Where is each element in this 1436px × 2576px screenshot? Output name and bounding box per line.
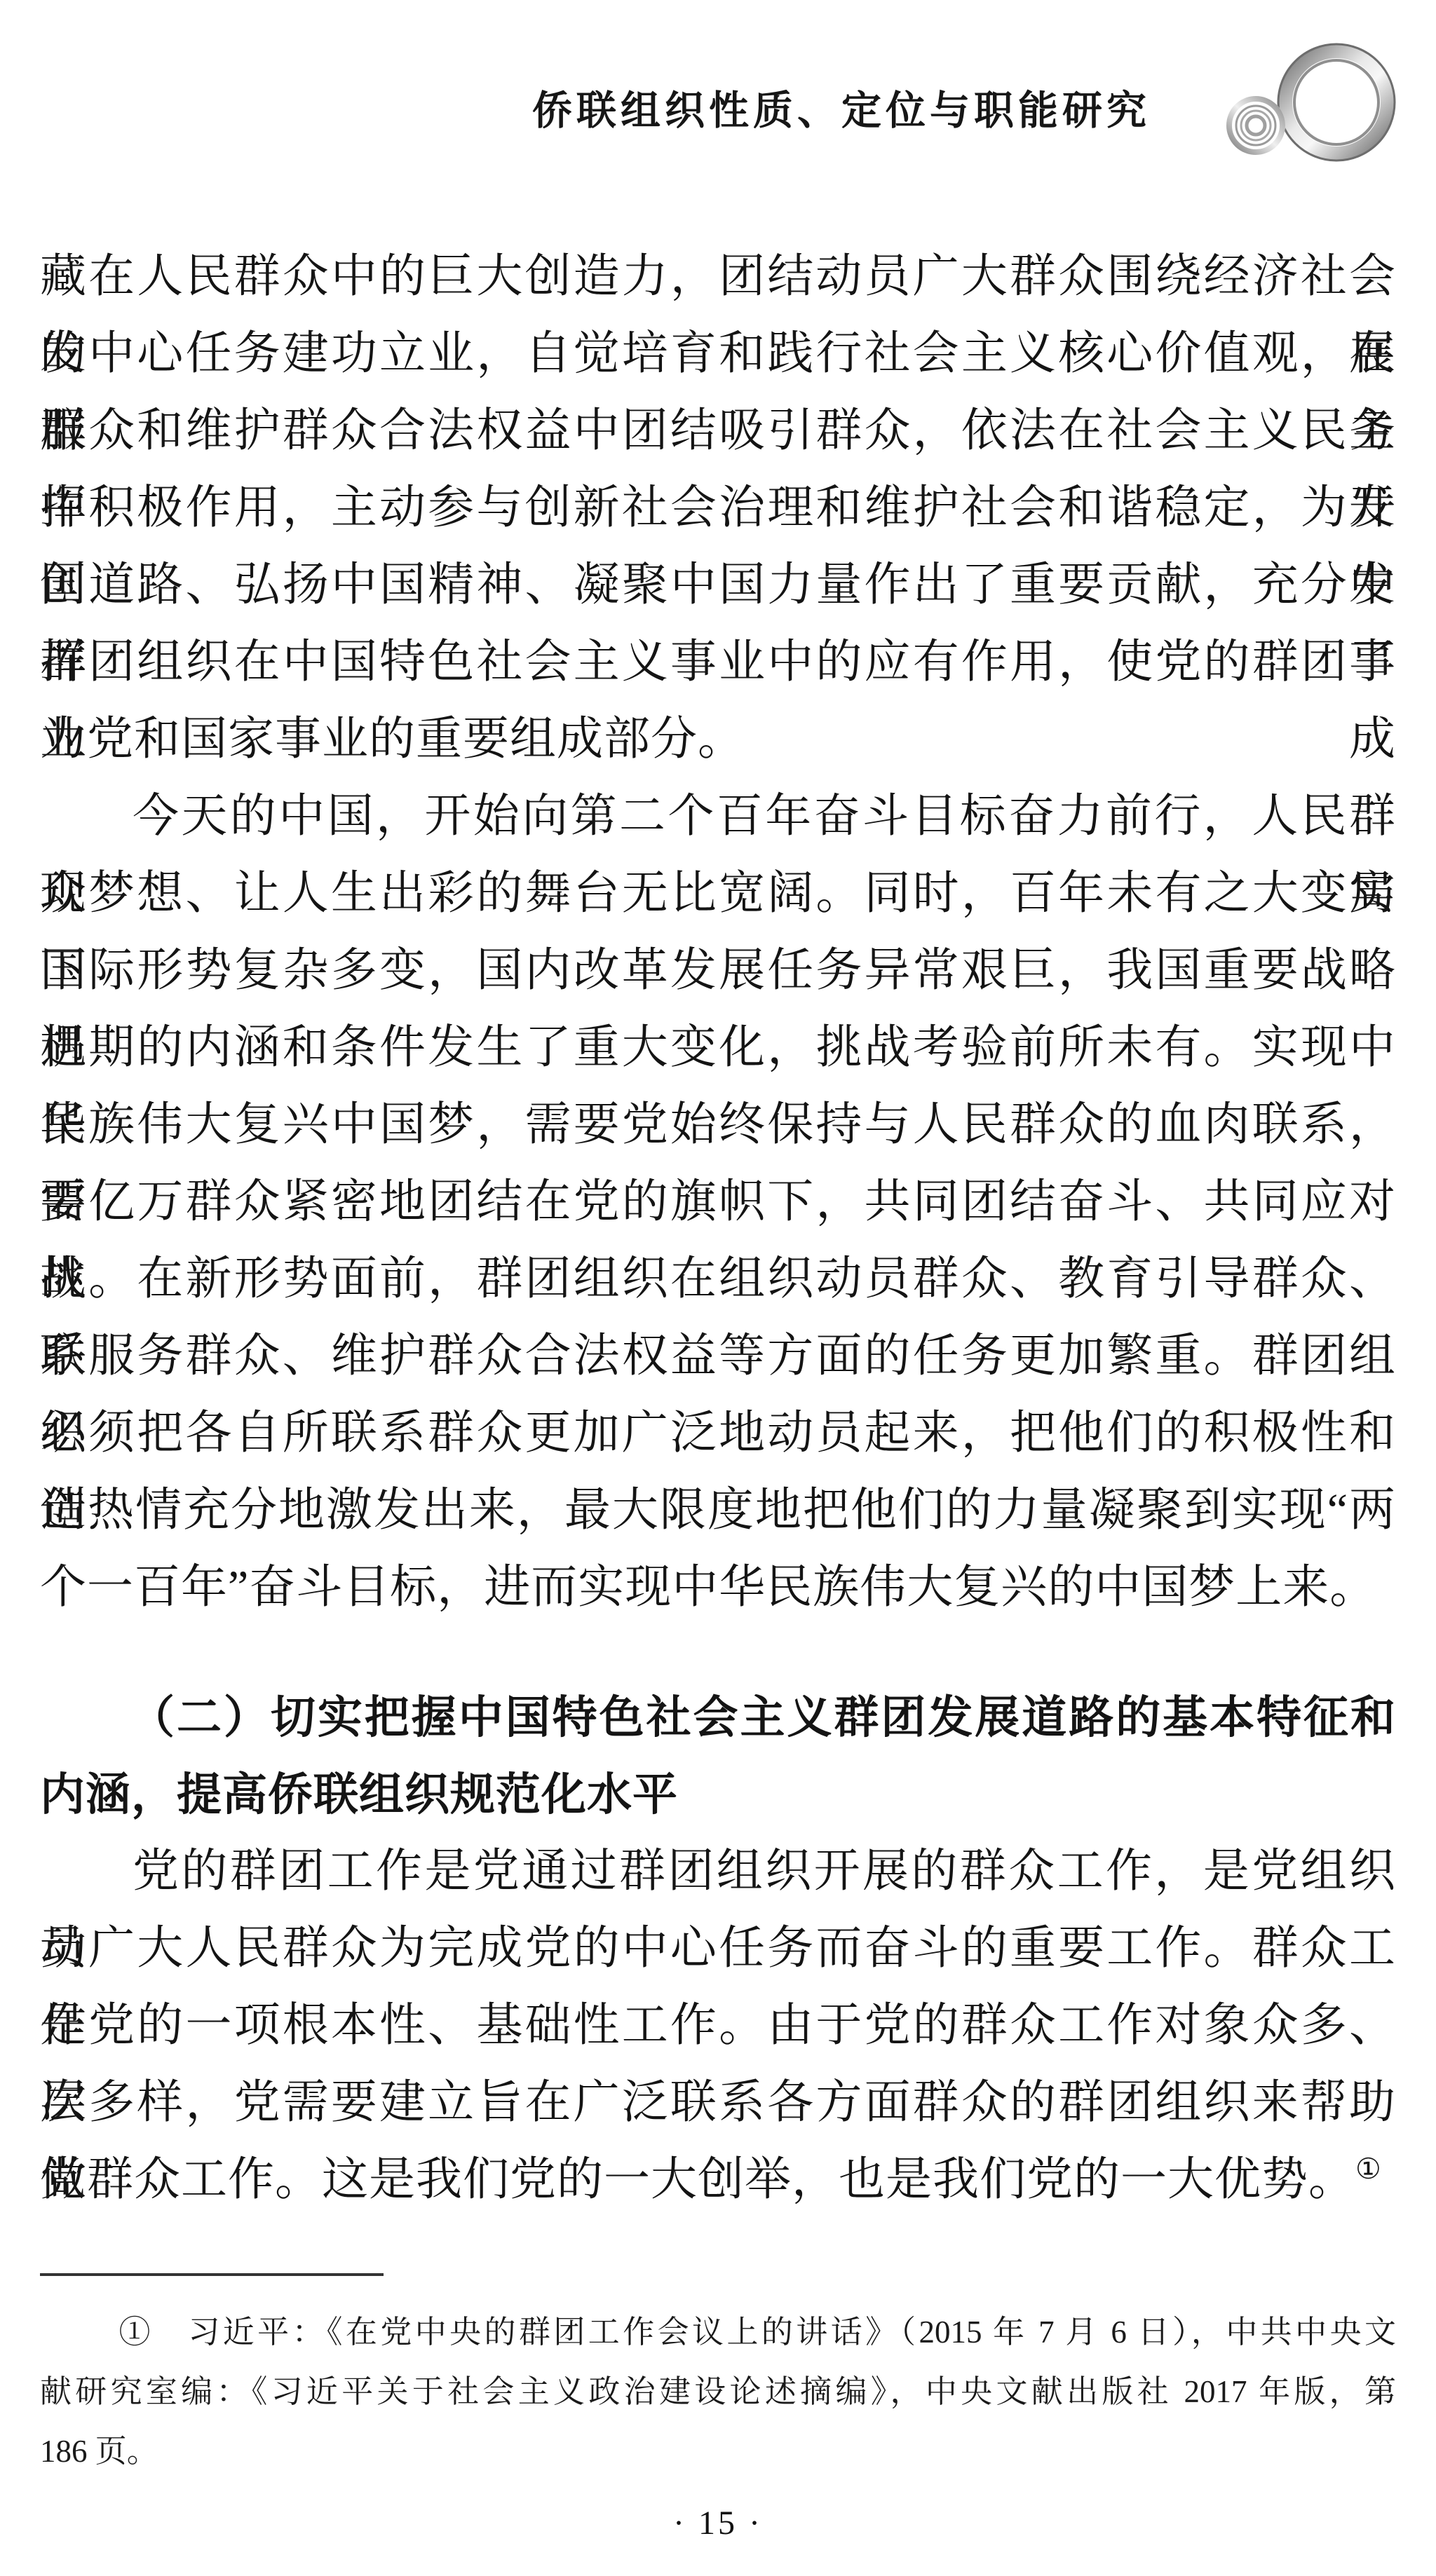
- text-line: 挥积极作用，主动参与创新社会治理和维护社会和谐稳定，为开创中: [40, 470, 1396, 547]
- text-line: 是党的一项根本性、基础性工作。由于党的群众工作对象众多、层: [40, 1987, 1396, 2064]
- section-heading-line: （二）切实把握中国特色社会主义群团发展道路的基本特征和: [40, 1679, 1396, 1756]
- text-line: 藏在人民群众中的巨大创造力，团结动员广大群众围绕经济社会发展: [40, 238, 1396, 315]
- footnote-line: 186 页。: [40, 2422, 1396, 2481]
- text-line: 造热情充分地激发出来，最大限度地把他们的力量凝聚到实现“两: [40, 1472, 1396, 1549]
- text-line: 必须把各自所联系群众更加广泛地动员起来，把他们的积极性和创: [40, 1395, 1396, 1472]
- footnote-reference-mark: ①: [1355, 2153, 1382, 2185]
- footnote-line: 献研究室编：《习近平关于社会主义政治建设论述摘编》，中央文献出版社 2017 年…: [40, 2362, 1396, 2422]
- footnote: ① 习近平：《在党中央的群团工作会议上的讲话》（2015 年 7 月 6 日），…: [40, 2303, 1396, 2481]
- text-line: 要亿万群众紧密地团结在党的旗帜下，共同团结奋斗、共同应对挑: [40, 1164, 1396, 1241]
- text-line: 次多样，党需要建立旨在广泛联系各方面群众的群团组织来帮助党: [40, 2064, 1396, 2141]
- text-line: 员广大人民群众为完成党的中心任务而奋斗的重要工作。群众工作: [40, 1910, 1396, 1987]
- text-line: 现梦想、让人生出彩的舞台无比宽阔。同时，百年未有之大变局下: [40, 855, 1396, 932]
- text-line: 做群众工作。这是我们党的一大创举，也是我们党的一大优势。①: [40, 2141, 1396, 2219]
- footnote-separator-rule: [40, 2273, 384, 2276]
- text-line: 战。在新形势面前，群团组织在组织动员群众、教育引导群众、联: [40, 1241, 1396, 1318]
- text-line: 群众和维护群众合法权益中团结吸引群众，依法在社会主义民主中发: [40, 393, 1396, 470]
- text-line: 今天的中国，开始向第二个百年奋斗目标奋力前行，人民群众实: [40, 778, 1396, 855]
- text-line: 的中心任务建功立业，自觉培育和践行社会主义核心价值观，在服务: [40, 315, 1396, 393]
- section-heading: （二）切实把握中国特色社会主义群团发展道路的基本特征和 内涵，提高侨联组织规范化…: [40, 1679, 1396, 1833]
- rings-logo: [1224, 35, 1399, 168]
- book-page: 侨联组织性质、定位与职能研究: [0, 0, 1436, 2576]
- text-line: 国际形势复杂多变，国内改革发展任务异常艰巨，我国重要战略机: [40, 932, 1396, 1009]
- page-header: 侨联组织性质、定位与职能研究: [40, 0, 1396, 238]
- paragraph-2: 今天的中国，开始向第二个百年奋斗目标奋力前行，人民群众实 现梦想、让人生出彩的舞…: [40, 778, 1396, 1626]
- running-head-title: 侨联组织性质、定位与职能研究: [532, 79, 1151, 136]
- text-line: 党的群团工作是党通过群团组织开展的群众工作，是党组织动: [40, 1833, 1396, 1910]
- paragraph-1: 藏在人民群众中的巨大创造力，团结动员广大群众围绕经济社会发展 的中心任务建功立业…: [40, 238, 1396, 778]
- text-line: 系服务群众、维护群众合法权益等方面的任务更加繁重。群团组织: [40, 1318, 1396, 1395]
- page-number: · 15 ·: [40, 2502, 1396, 2544]
- paragraph-3: 党的群团工作是党通过群团组织开展的群众工作，是党组织动 员广大人民群众为完成党的…: [40, 1833, 1396, 2219]
- section-heading-line: 内涵，提高侨联组织规范化水平: [40, 1756, 1396, 1833]
- text-line: 群团组织在中国特色社会主义事业中的应有作用，使党的群团事业成: [40, 624, 1396, 701]
- text-run: 做群众工作。这是我们党的一大创举，也是我们党的一大优势。: [40, 2154, 1355, 2205]
- text-line: 个一百年”奋斗目标，进而实现中华民族伟大复兴的中国梦上来。: [40, 1549, 1396, 1626]
- text-line: 遇期的内涵和条件发生了重大变化，挑战考验前所未有。实现中华: [40, 1009, 1396, 1086]
- footnote-line: ① 习近平：《在党中央的群团工作会议上的讲话》（2015 年 7 月 6 日），…: [40, 2303, 1396, 2362]
- text-line: 国道路、弘扬中国精神、凝聚中国力量作出了重要贡献，充分发挥了: [40, 547, 1396, 624]
- text-line: 民族伟大复兴中国梦，需要党始终保持与人民群众的血肉联系，需: [40, 1086, 1396, 1164]
